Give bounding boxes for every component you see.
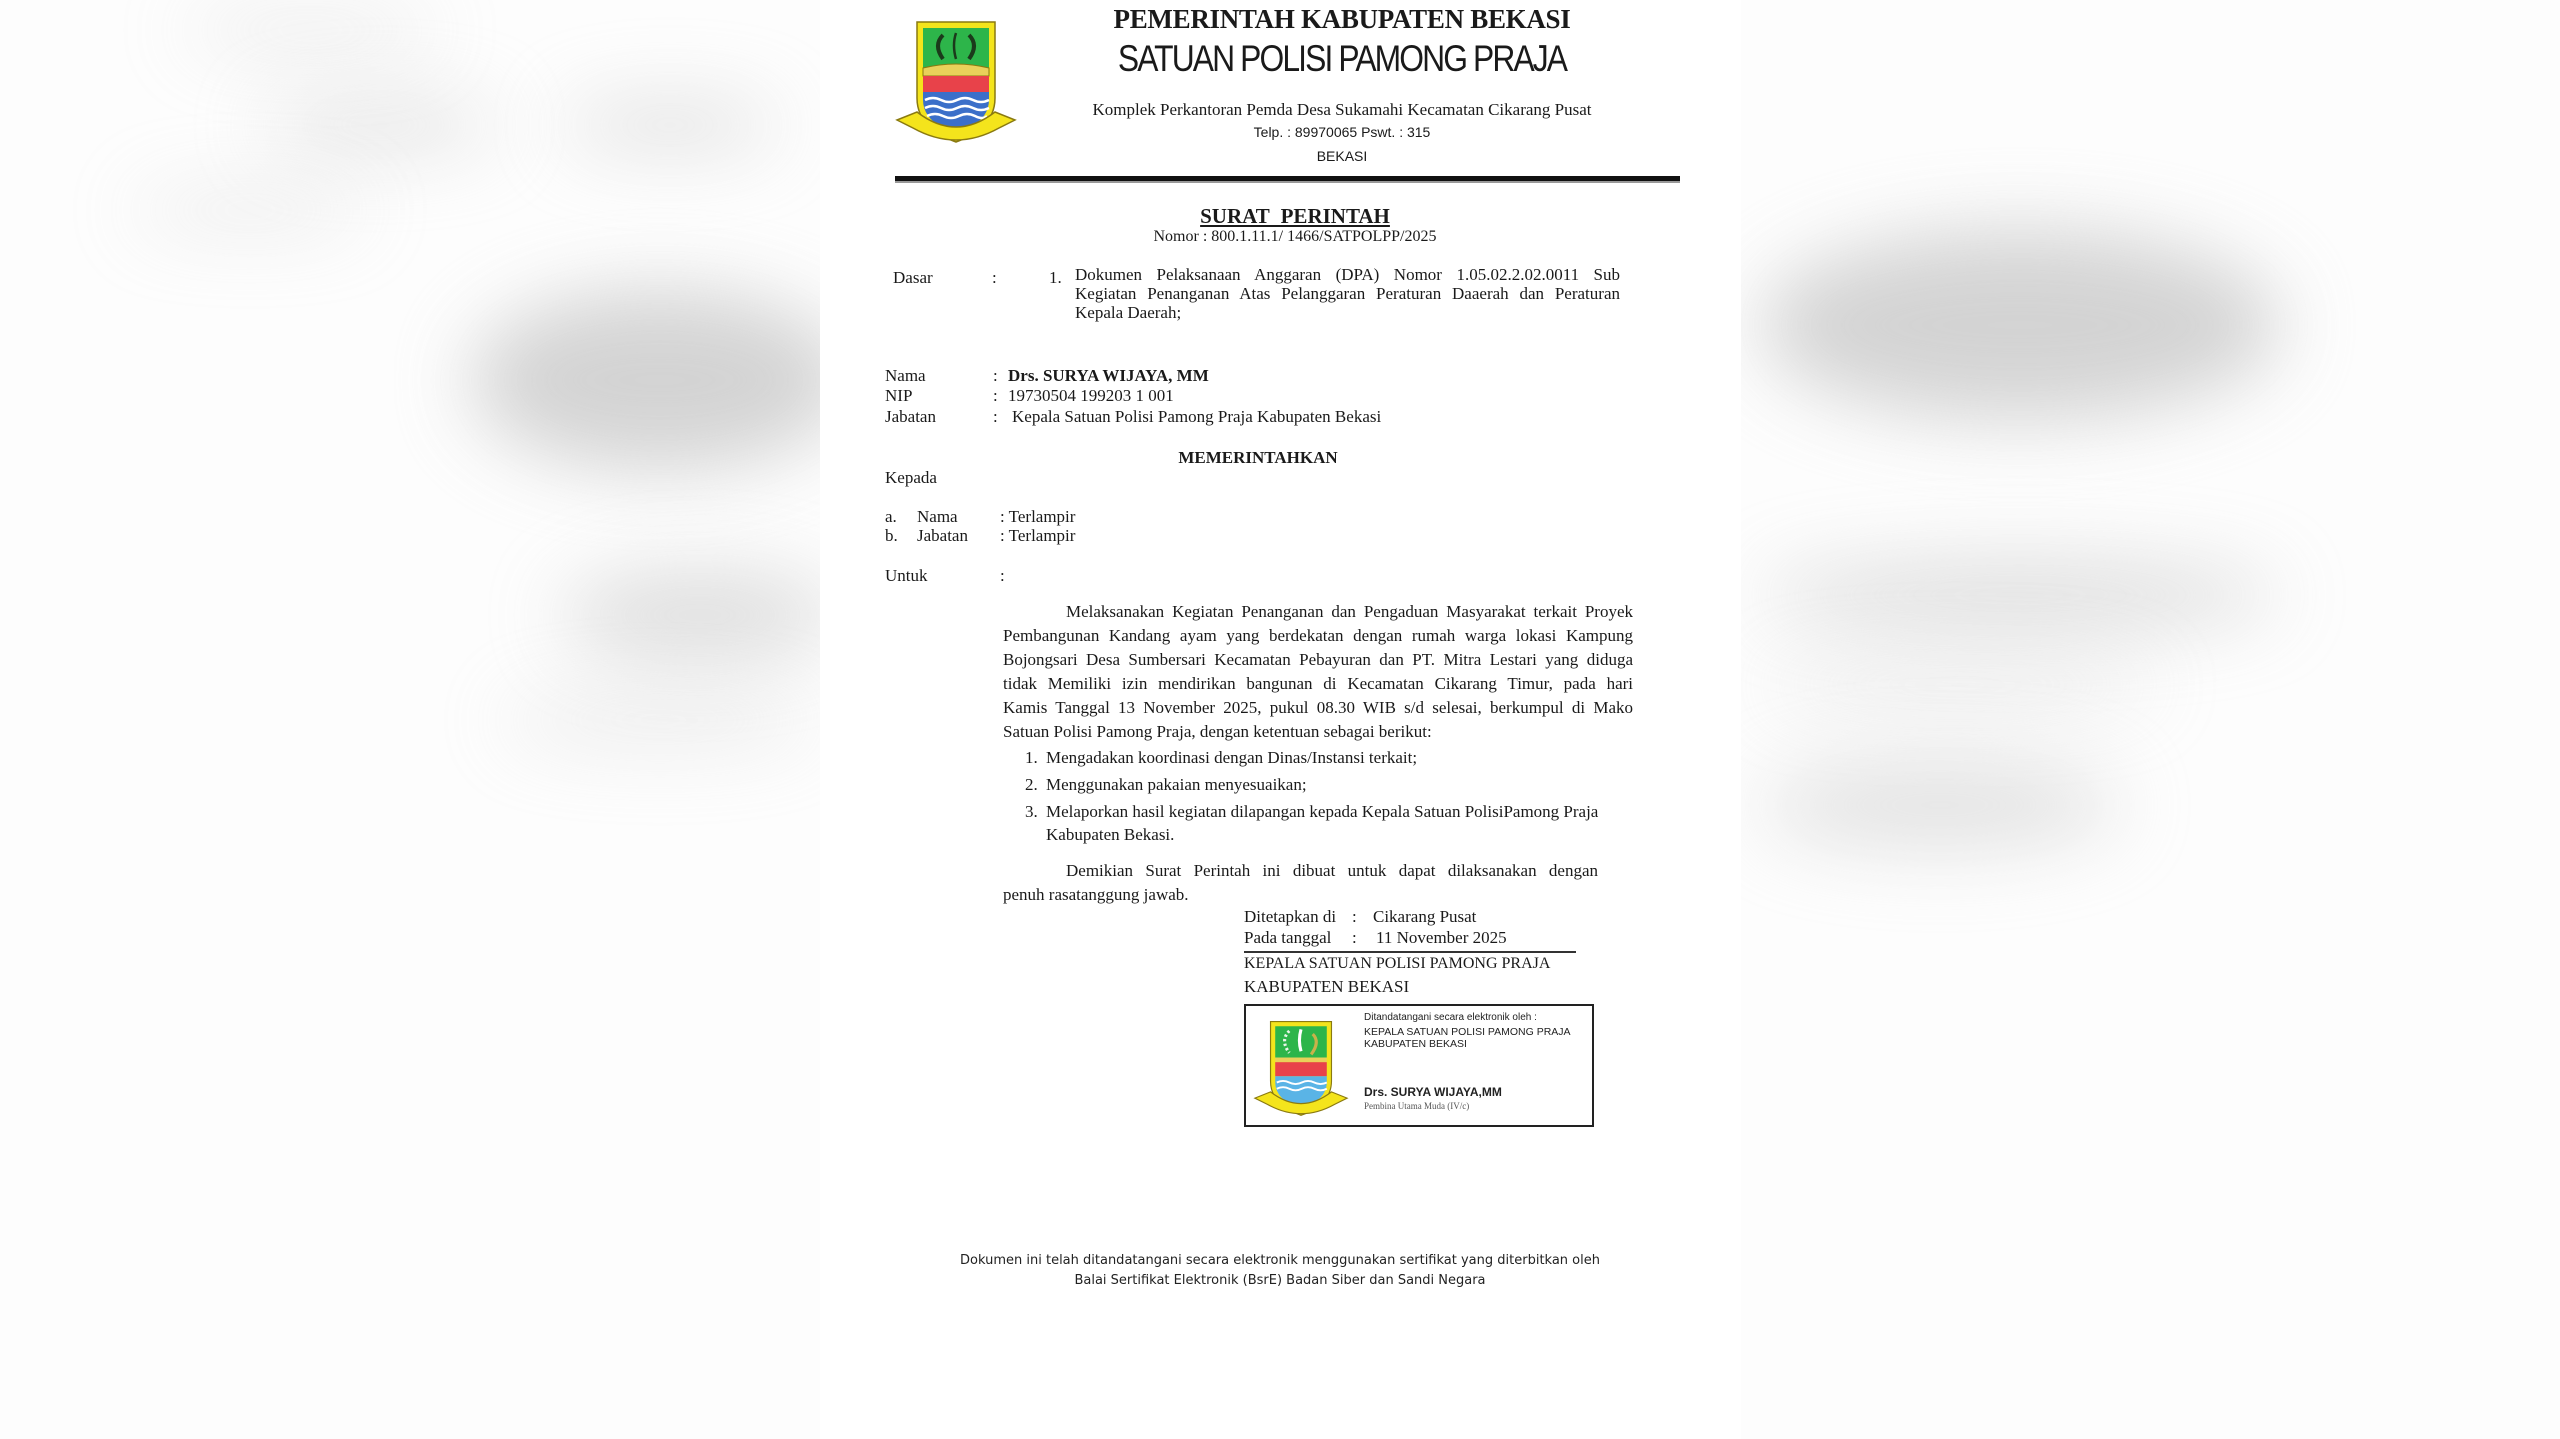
signature-divider <box>1244 951 1576 953</box>
closing-paragraph: Demikian Surat Perintah ini dibuat untuk… <box>1003 859 1598 907</box>
footer-line2: Balai Sertifikat Elektronik (BsrE) Badan… <box>1074 1273 1485 1288</box>
dasar-item-text: Dokumen Pelaksanaan Anggaran (DPA) Nomor… <box>1075 265 1620 322</box>
kepada-label: Kepada <box>885 468 937 488</box>
order-heading: MEMERINTAHKAN <box>1178 448 1337 468</box>
list-item-number: 3. <box>1025 802 1038 822</box>
letter-page: PEMERINTAH KABUPATEN BEKASI SATUAN POLIS… <box>820 0 1741 1439</box>
esign-signed-by: Ditandatangani secara elektronik oleh : <box>1364 1012 1537 1024</box>
issuer-nip-value: 19730504 199203 1 001 <box>1008 386 1174 406</box>
issuer-nip-label: NIP <box>885 386 912 406</box>
footer-line1: Dokumen ini telah ditandatangani secara … <box>960 1253 1600 1268</box>
esign-rank: Pembina Utama Muda (IV/c) <box>1364 1101 1469 1111</box>
place-label: Ditetapkan di <box>1244 907 1336 927</box>
esign-name: Drs. SURYA WIJAYA,MM <box>1364 1086 1502 1098</box>
date-value: 11 November 2025 <box>1376 928 1507 948</box>
list-item-number: 2. <box>1025 775 1038 795</box>
issuer-position-value: Kepala Satuan Polisi Pamong Praja Kabupa… <box>1012 407 1381 427</box>
place-colon: : <box>1352 907 1357 927</box>
date-colon: : <box>1352 928 1357 948</box>
place-value: Cikarang Pusat <box>1373 907 1476 927</box>
esign-office-line1: KEPALA SATUAN POLISI PAMONG PRAJA <box>1364 1026 1571 1038</box>
regency-coat-of-arms-icon <box>895 20 1017 148</box>
issuer-position-colon: : <box>993 407 998 427</box>
list-item: Melaporkan hasil kegiatan dilapangan kep… <box>1046 802 1598 822</box>
issuer-name-colon: : <box>993 366 998 386</box>
letterhead-agency: SATUAN POLISI PAMONG PRAJA <box>1118 38 1566 80</box>
untuk-label: Untuk <box>885 566 928 586</box>
dasar-label: Dasar <box>893 268 933 288</box>
kepada-a-letter: a. <box>885 507 897 527</box>
esign-office-line2: KABUPATEN BEKASI <box>1364 1038 1467 1050</box>
kepada-a-value: : Terlampir <box>1000 507 1075 527</box>
issuer-nip-colon: : <box>993 386 998 406</box>
signer-position-line2: KABUPATEN BEKASI <box>1244 977 1409 997</box>
regency-coat-of-arms-icon <box>1251 1020 1351 1120</box>
letterhead-city: BEKASI <box>1317 148 1368 164</box>
kepada-b-letter: b. <box>885 526 898 546</box>
dasar-colon: : <box>992 268 997 288</box>
list-item-continuation: Kabupaten Bekasi. <box>1046 825 1174 845</box>
kepada-b-label: Jabatan <box>917 526 968 546</box>
letterhead-address: Komplek Perkantoran Pemda Desa Sukamahi … <box>1092 100 1591 120</box>
list-item: Menggunakan pakaian menyesuaikan; <box>1046 775 1307 795</box>
kepada-a-label: Nama <box>917 507 958 527</box>
letterhead-phone: Telp. : 89970065 Pswt. : 315 <box>1254 124 1431 140</box>
letterhead-divider <box>895 176 1680 183</box>
issuer-name-label: Nama <box>885 366 926 386</box>
untuk-colon: : <box>1000 566 1005 586</box>
list-item-number: 1. <box>1025 748 1038 768</box>
untuk-paragraph: Melaksanakan Kegiatan Penanganan dan Pen… <box>1003 600 1633 744</box>
electronic-signature-box: Ditandatangani secara elektronik oleh : … <box>1244 1004 1594 1127</box>
date-label: Pada tanggal <box>1244 928 1331 948</box>
dasar-item-number: 1. <box>1049 268 1062 288</box>
kepada-b-value: : Terlampir <box>1000 526 1075 546</box>
document-title: SURAT PERINTAH <box>1200 204 1390 229</box>
signer-position-line1: KEPALA SATUAN POLISI PAMONG PRAJA <box>1244 955 1550 973</box>
document-number: Nomor : 800.1.11.1/ 1466/SATPOLPP/2025 <box>1154 228 1437 246</box>
letterhead-government: PEMERINTAH KABUPATEN BEKASI <box>1114 4 1571 35</box>
list-item: Mengadakan koordinasi dengan Dinas/Insta… <box>1046 748 1417 768</box>
issuer-position-label: Jabatan <box>885 407 936 427</box>
issuer-name-value: Drs. SURYA WIJAYA, MM <box>1008 366 1209 386</box>
